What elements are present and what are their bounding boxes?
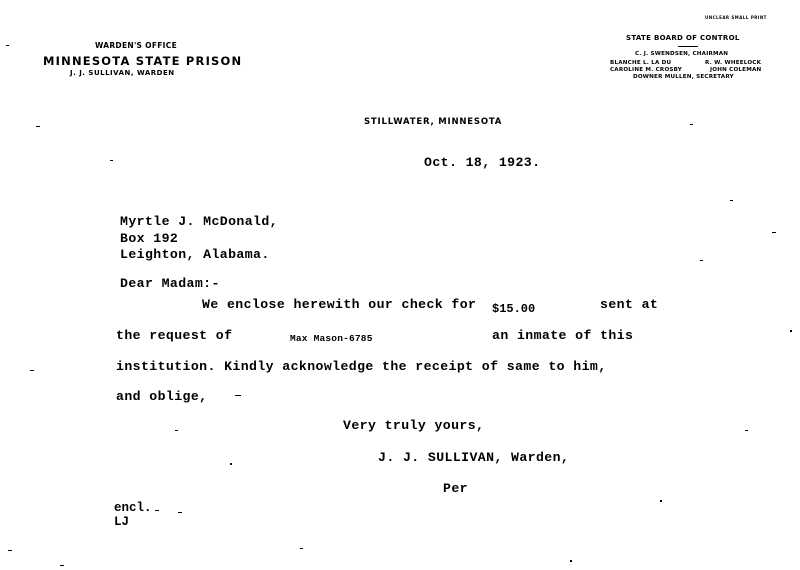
check-amount: $15.00 (492, 302, 535, 316)
letterhead-office: WARDEN'S OFFICE (95, 41, 177, 50)
enclosure-notation: encl. (114, 501, 152, 515)
board-member: JOHN COLEMAN (710, 67, 761, 73)
body-line1-start: We enclose herewith our check for (202, 297, 476, 312)
board-member: CAROLINE M. CROSBY (610, 67, 682, 73)
signature-block: J. J. SULLIVAN, Warden, (378, 450, 569, 465)
recipient-address-line1: Box 192 (120, 231, 178, 246)
board-member: R. W. WHEELOCK (705, 60, 761, 66)
letterhead-tiny-print: UNCLEAR SMALL PRINT (705, 15, 767, 20)
board-member: BLANCHE L. LA DU (610, 60, 671, 66)
body-line2-end: an inmate of this (492, 328, 633, 343)
typist-initials: LJ (114, 515, 129, 529)
letterhead-warden: J. J. SULLIVAN, WARDEN (70, 69, 175, 77)
body-line4: and oblige, (116, 389, 207, 404)
letterhead-board: STATE BOARD OF CONTROL (626, 34, 740, 42)
recipient-address-line2: Leighton, Alabama. (120, 247, 270, 262)
letterhead-rule (678, 46, 698, 47)
board-member: C. J. SWENDSEN, CHAIRMAN (635, 51, 728, 57)
body-line2-start: the request of (116, 328, 232, 343)
salutation: Dear Madam:- (120, 276, 220, 291)
letterhead-institution: MINNESOTA STATE PRISON (43, 54, 242, 68)
recipient-name: Myrtle J. McDonald, (120, 214, 278, 229)
body-line3: institution. Kindly acknowledge the rece… (116, 359, 607, 374)
inmate-name: Max Mason-6785 (290, 333, 373, 344)
letter-date: Oct. 18, 1923. (424, 155, 540, 170)
complimentary-close: Very truly yours, (343, 418, 484, 433)
letter-place: STILLWATER, MINNESOTA (364, 117, 502, 127)
per-line: Per (443, 481, 468, 496)
body-line1-end: sent at (600, 297, 658, 312)
board-member: DOWNER MULLEN, SECRETARY (633, 74, 734, 80)
